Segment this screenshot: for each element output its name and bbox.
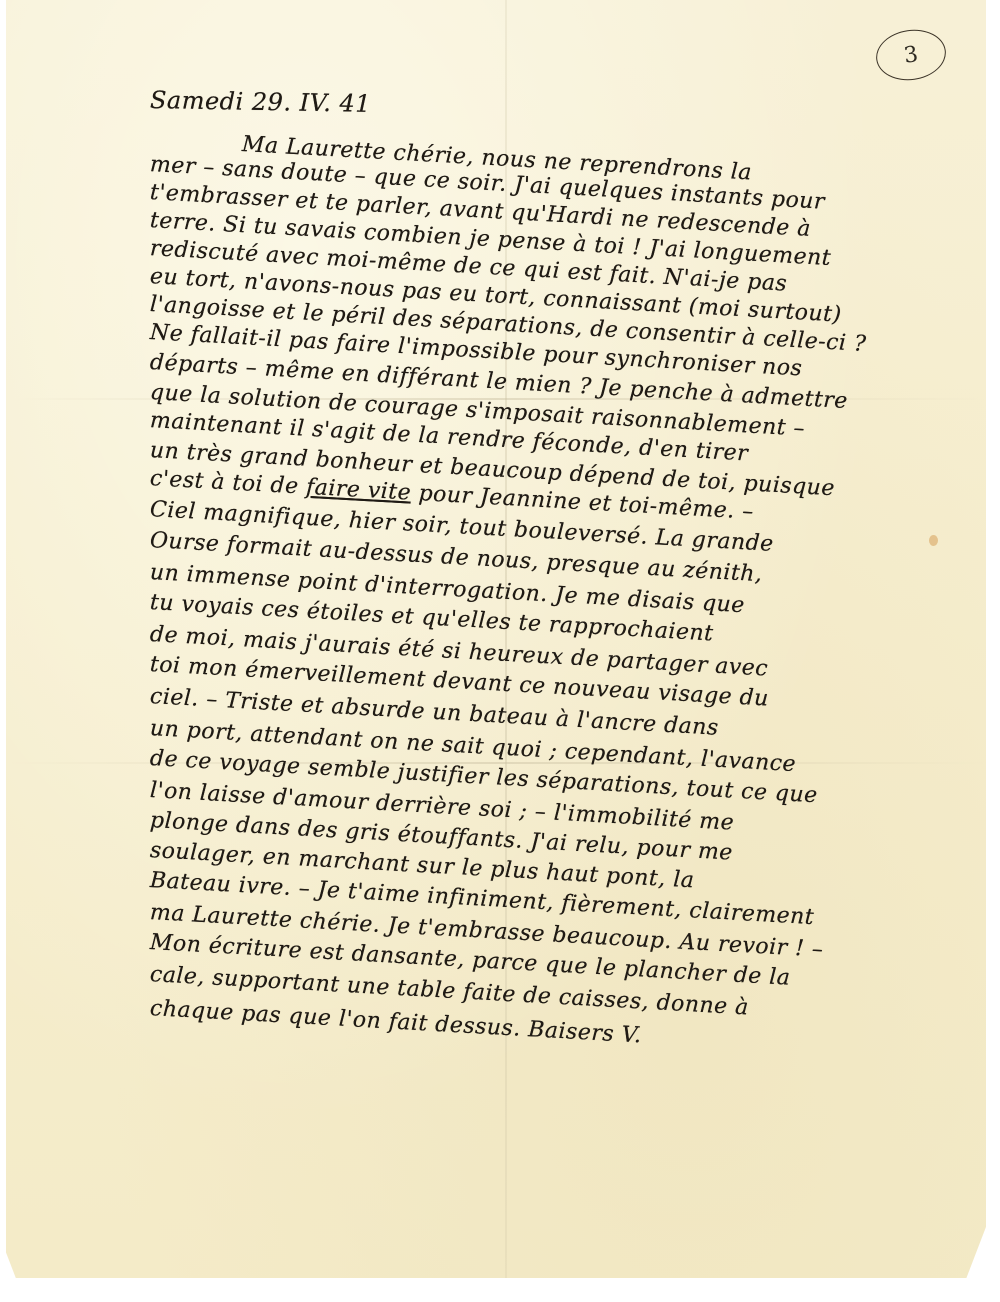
ink-stain (929, 535, 938, 546)
page-number: 3 (902, 42, 919, 69)
date-line: Samedi 29. IV. 41 (150, 86, 372, 118)
